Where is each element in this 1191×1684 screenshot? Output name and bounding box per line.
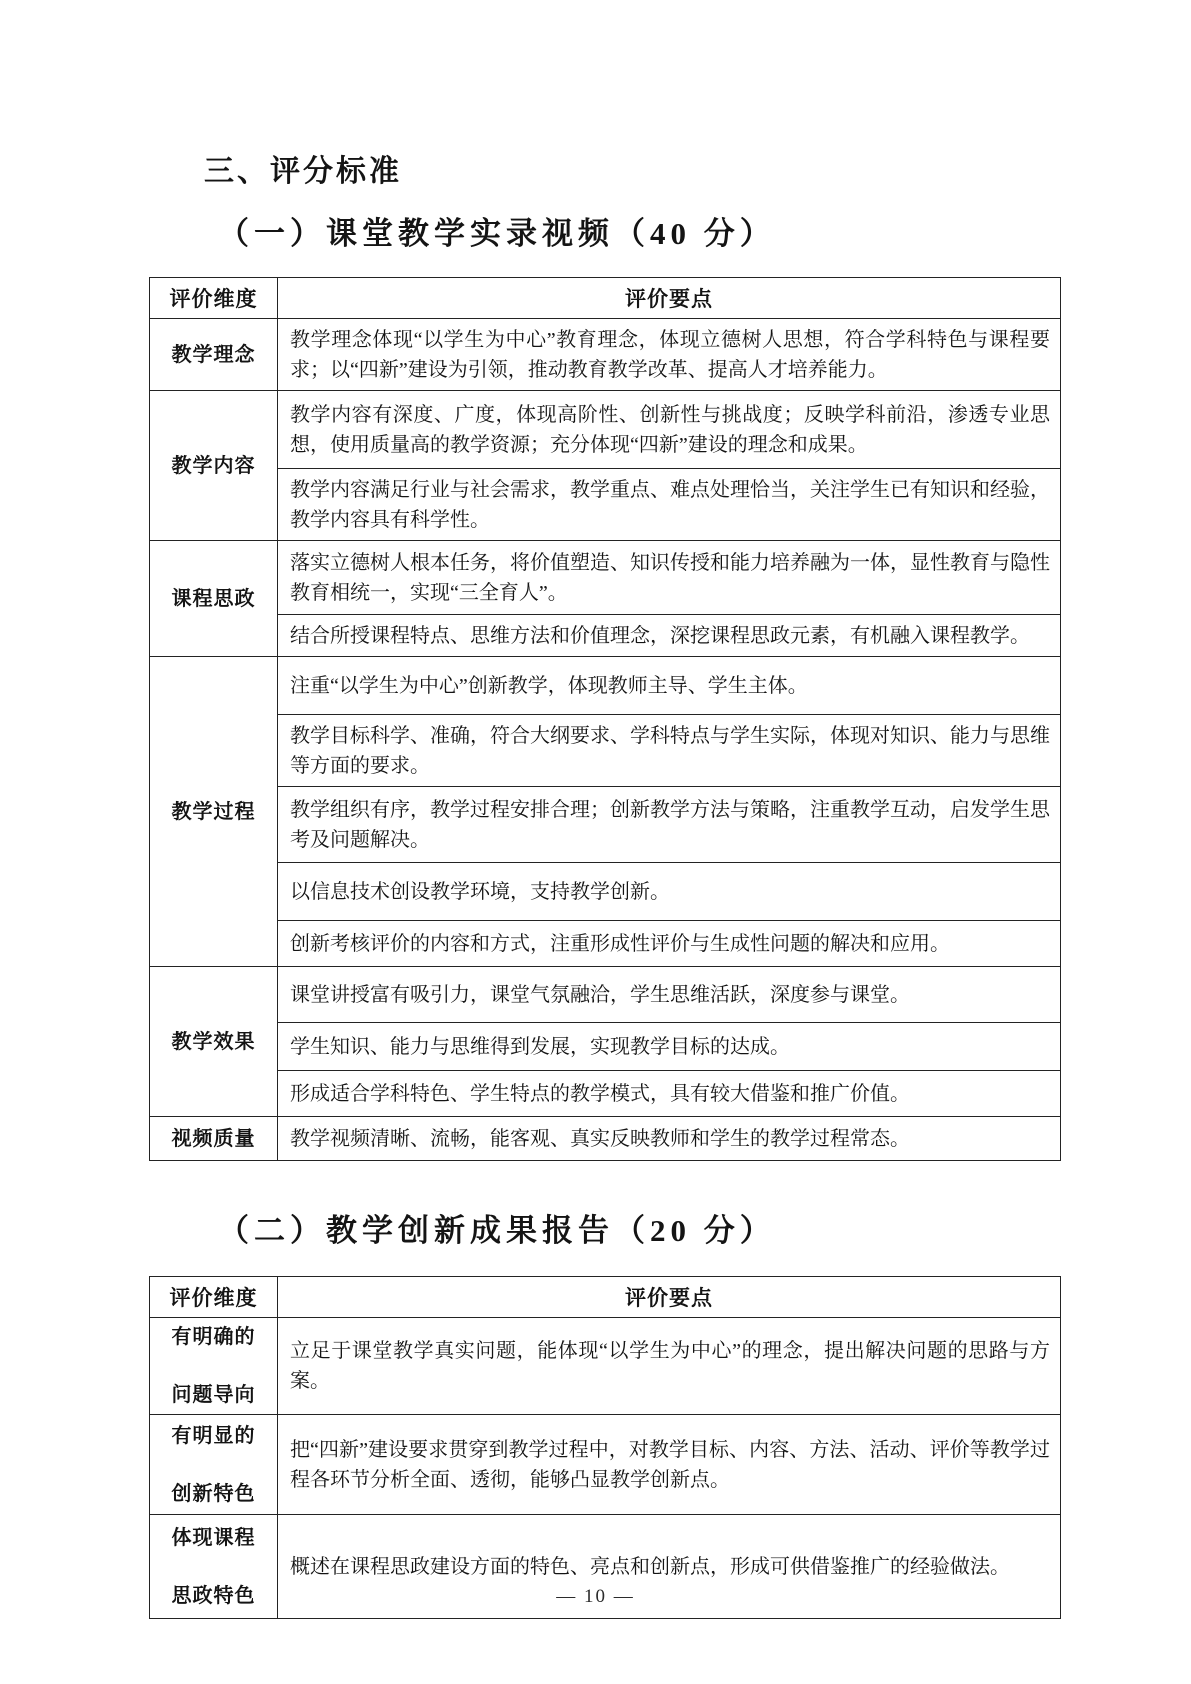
column-header-points: 评价要点 bbox=[278, 1277, 1061, 1318]
document-page: 三、评分标准 （一）课堂教学实录视频（40 分） 评价维度 评价要点 教学理念 … bbox=[0, 0, 1191, 1684]
point-cell: 立足于课堂教学真实问题，能体现“以学生为中心”的理念，提出解决问题的思路与方案。 bbox=[278, 1318, 1061, 1415]
dimension-label: 教学过程 bbox=[164, 797, 263, 827]
point-cell: 教学视频清晰、流畅，能客观、真实反映教师和学生的教学过程常态。 bbox=[278, 1117, 1061, 1161]
table-row: 形成适合学科特色、学生特点的教学模式，具有较大借鉴和推广价值。 bbox=[150, 1071, 1061, 1117]
table-header-row: 评价维度 评价要点 bbox=[150, 1277, 1061, 1318]
dimension-cell: 有明确的 问题导向 bbox=[150, 1318, 278, 1415]
point-cell: 注重“以学生为中心”创新教学，体现教师主导、学生主体。 bbox=[278, 657, 1061, 715]
table-row: 教学目标科学、准确，符合大纲要求、学科特点与学生实际，体现对知识、能力与思维等方… bbox=[150, 715, 1061, 787]
point-cell: 教学理念体现“以学生为中心”教育理念，体现立德树人思想，符合学科特色与课程要求；… bbox=[278, 319, 1061, 391]
dimension-label: 创新特色 bbox=[164, 1479, 263, 1509]
subtitle-video-table: （一）课堂教学实录视频（40 分） bbox=[218, 208, 1191, 253]
dimension-label: 有明确的 bbox=[164, 1322, 263, 1352]
table-row: 教学过程 注重“以学生为中心”创新教学，体现教师主导、学生主体。 bbox=[150, 657, 1061, 715]
table-row: 视频质量 教学视频清晰、流畅，能客观、真实反映教师和学生的教学过程常态。 bbox=[150, 1117, 1061, 1161]
dimension-label: 课程思政 bbox=[164, 584, 263, 614]
table-row: 教学内容 教学内容有深度、广度，体现高阶性、创新性与挑战度；反映学科前沿，渗透专… bbox=[150, 391, 1061, 469]
dimension-label: 问题导向 bbox=[164, 1380, 263, 1410]
dimension-cell: 教学理念 bbox=[150, 319, 278, 391]
table-row: 教学效果 课堂讲授富有吸引力，课堂气氛融洽，学生思维活跃，深度参与课堂。 bbox=[150, 967, 1061, 1023]
page-number: — 10 — bbox=[0, 1586, 1191, 1608]
column-header-points: 评价要点 bbox=[278, 278, 1061, 319]
dimension-cell: 教学过程 bbox=[150, 657, 278, 967]
point-cell: 形成适合学科特色、学生特点的教学模式，具有较大借鉴和推广价值。 bbox=[278, 1071, 1061, 1117]
table-row: 教学理念 教学理念体现“以学生为中心”教育理念，体现立德树人思想，符合学科特色与… bbox=[150, 319, 1061, 391]
dimension-label: 教学理念 bbox=[164, 340, 263, 370]
scoring-table-video: 评价维度 评价要点 教学理念 教学理念体现“以学生为中心”教育理念，体现立德树人… bbox=[149, 277, 1061, 1161]
point-cell: 课堂讲授富有吸引力，课堂气氛融洽，学生思维活跃，深度参与课堂。 bbox=[278, 967, 1061, 1023]
point-cell: 教学组织有序，教学过程安排合理；创新教学方法与策略，注重教学互动，启发学生思考及… bbox=[278, 787, 1061, 863]
table-row: 教学组织有序，教学过程安排合理；创新教学方法与策略，注重教学互动，启发学生思考及… bbox=[150, 787, 1061, 863]
dimension-label: 有明显的 bbox=[164, 1421, 263, 1451]
table-row: 有明显的 创新特色 把“四新”建设要求贯穿到教学过程中，对教学目标、内容、方法、… bbox=[150, 1415, 1061, 1515]
dimension-cell: 教学内容 bbox=[150, 391, 278, 541]
point-cell: 以信息技术创设教学环境，支持教学创新。 bbox=[278, 863, 1061, 921]
table-row: 结合所授课程特点、思维方法和价值理念，深挖课程思政元素，有机融入课程教学。 bbox=[150, 615, 1061, 657]
column-header-dimension: 评价维度 bbox=[150, 1277, 278, 1318]
point-cell: 教学目标科学、准确，符合大纲要求、学科特点与学生实际，体现对知识、能力与思维等方… bbox=[278, 715, 1061, 787]
table-row: 创新考核评价的内容和方式，注重形成性评价与生成性问题的解决和应用。 bbox=[150, 921, 1061, 967]
dimension-label: 视频质量 bbox=[164, 1124, 263, 1154]
table-row: 课程思政 落实立德树人根本任务，将价值塑造、知识传授和能力培养融为一体，显性教育… bbox=[150, 541, 1061, 615]
dimension-label: 教学内容 bbox=[164, 451, 263, 481]
dimension-cell: 教学效果 bbox=[150, 967, 278, 1117]
scoring-table-report: 评价维度 评价要点 有明确的 问题导向 立足于课堂教学真实问题，能体现“以学生为… bbox=[149, 1276, 1061, 1619]
point-cell: 结合所授课程特点、思维方法和价值理念，深挖课程思政元素，有机融入课程教学。 bbox=[278, 615, 1061, 657]
point-cell: 学生知识、能力与思维得到发展，实现教学目标的达成。 bbox=[278, 1023, 1061, 1071]
point-cell: 教学内容满足行业与社会需求，教学重点、难点处理恰当，关注学生已有知识和经验，教学… bbox=[278, 469, 1061, 541]
dimension-cell: 视频质量 bbox=[150, 1117, 278, 1161]
table-row: 教学内容满足行业与社会需求，教学重点、难点处理恰当，关注学生已有知识和经验，教学… bbox=[150, 469, 1061, 541]
table-row: 以信息技术创设教学环境，支持教学创新。 bbox=[150, 863, 1061, 921]
dimension-label: 教学效果 bbox=[164, 1027, 263, 1057]
column-header-dimension: 评价维度 bbox=[150, 278, 278, 319]
table-header-row: 评价维度 评价要点 bbox=[150, 278, 1061, 319]
table-row: 有明确的 问题导向 立足于课堂教学真实问题，能体现“以学生为中心”的理念，提出解… bbox=[150, 1318, 1061, 1415]
dimension-cell: 课程思政 bbox=[150, 541, 278, 657]
point-cell: 把“四新”建设要求贯穿到教学过程中，对教学目标、内容、方法、活动、评价等教学过程… bbox=[278, 1415, 1061, 1515]
dimension-label: 体现课程 bbox=[164, 1523, 263, 1553]
table-row: 学生知识、能力与思维得到发展，实现教学目标的达成。 bbox=[150, 1023, 1061, 1071]
point-cell: 教学内容有深度、广度，体现高阶性、创新性与挑战度；反映学科前沿，渗透专业思想，使… bbox=[278, 391, 1061, 469]
point-cell: 落实立德树人根本任务，将价值塑造、知识传授和能力培养融为一体，显性教育与隐性教育… bbox=[278, 541, 1061, 615]
point-cell: 创新考核评价的内容和方式，注重形成性评价与生成性问题的解决和应用。 bbox=[278, 921, 1061, 967]
subtitle-report-table: （二）教学创新成果报告（20 分） bbox=[218, 1205, 1191, 1250]
dimension-cell: 有明显的 创新特色 bbox=[150, 1415, 278, 1515]
section-title: 三、评分标准 bbox=[204, 146, 1191, 190]
